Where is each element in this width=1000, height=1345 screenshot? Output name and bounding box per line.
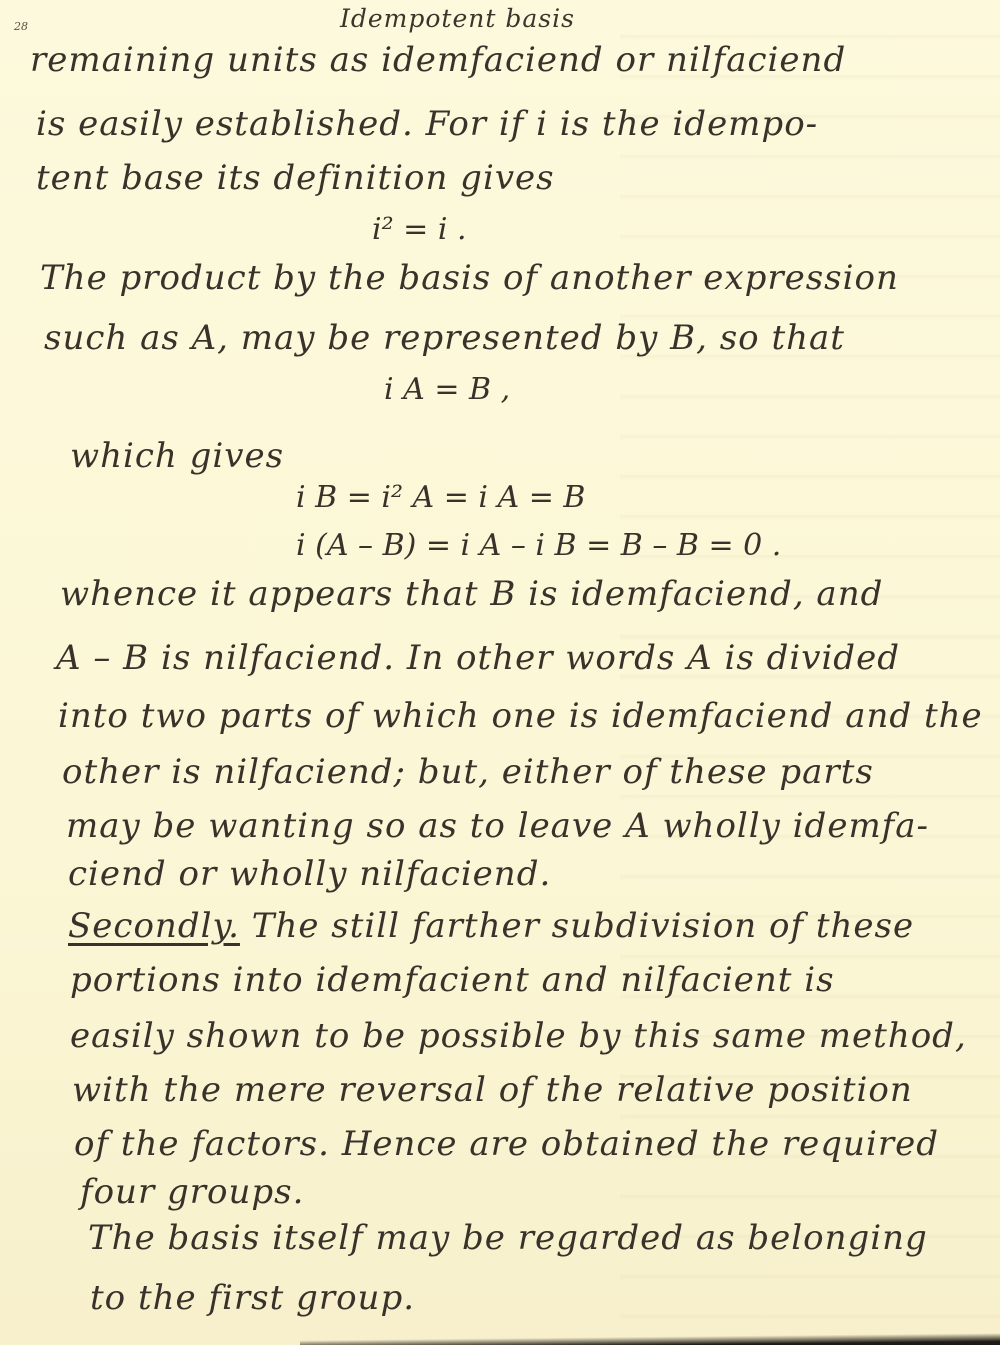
text-line: remaining units as idemfaciend or nilfac… [30,40,846,80]
text-line: The product by the basis of another expr… [40,258,899,298]
text-line: may be wanting so as to leave A wholly i… [66,806,929,846]
text-line: other is nilfaciend; but, either of thes… [62,752,874,792]
text-line: of the factors. Hence are obtained the r… [74,1124,939,1164]
page-title: Idempotent basis [340,4,575,33]
text-line: is easily established. For if i is the i… [36,104,818,144]
text-line: four groups. [80,1172,304,1212]
text-line: The basis itself may be regarded as belo… [88,1218,928,1258]
page-number: 28 [14,20,28,33]
equation-derivation-1: i B = i² A = i A = B [296,480,585,515]
text-line: portions into idemfacient and nilfacient… [70,960,835,1000]
text-line: ciend or wholly nilfaciend. [68,854,551,894]
equation-derivation-2: i (A – B) = i A – i B = B – B = 0 . [296,528,781,563]
text-line: easily shown to be possible by this same… [70,1016,967,1056]
secondly-heading: Secondly. [68,906,240,946]
text-line: with the mere reversal of the relative p… [72,1070,913,1110]
text-line: A – B is nilfaciend. In other words A is… [56,638,900,678]
text-line: to the first group. [90,1278,415,1318]
text-line: The still farther subdivision of these [252,906,914,946]
paragraph-secondly: Secondly. The still farther subdivision … [68,906,914,946]
text-line: into two parts of which one is idemfacie… [58,696,983,736]
text-line: such as A, may be represented by B, so t… [44,318,845,358]
text-line: whence it appears that B is idemfaciend,… [60,574,883,614]
equation-idempotent: i² = i . [372,212,467,247]
manuscript-page: 28 Idempotent basis remaining units as i… [0,0,1000,1345]
text-line: which gives [70,436,284,476]
text-line: tent base its definition gives [36,158,555,198]
equation-product: i A = B , [384,372,510,407]
